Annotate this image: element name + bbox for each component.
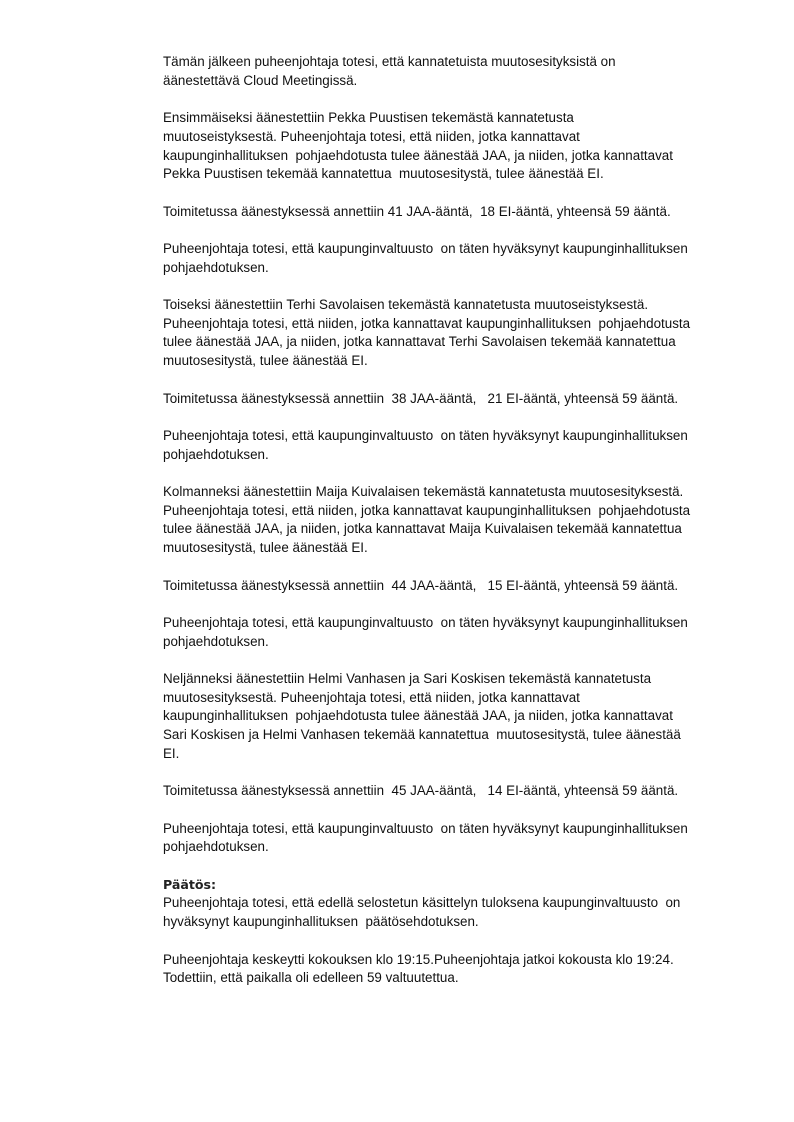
- text-line: Puheenjohtaja totesi, että kaupunginvalt…: [163, 614, 743, 633]
- paragraph-vote4-conclusion: Puheenjohtaja totesi, että kaupunginvalt…: [163, 820, 743, 857]
- text-line: Pekka Puustisen tekemää kannatettua muut…: [163, 165, 743, 184]
- text-line: äänestettävä Cloud Meetingissä.: [163, 72, 743, 91]
- text-line: Tämän jälkeen puheenjohtaja totesi, että…: [163, 53, 743, 72]
- text-line: pohjaehdotuksen.: [163, 259, 743, 278]
- decision-line: hyväksynyt kaupunginhallituksen päätöseh…: [163, 913, 743, 932]
- closing-paragraph: Puheenjohtaja keskeytti kokouksen klo 19…: [163, 951, 743, 988]
- text-line: Puheenjohtaja totesi, että kaupunginvalt…: [163, 427, 743, 446]
- text-line: muutosesitystä, tulee äänestää EI.: [163, 352, 743, 371]
- decision-section: Päätös: Puheenjohtaja totesi, että edell…: [163, 876, 743, 932]
- decision-heading: Päätös:: [163, 876, 743, 895]
- text-line: Toimitetussa äänestyksessä annettiin 44 …: [163, 577, 743, 596]
- paragraph-vote4-description: Neljänneksi äänestettiin Helmi Vanhasen …: [163, 670, 743, 764]
- text-line: EI.: [163, 745, 743, 764]
- text-line: kaupunginhallituksen pohjaehdotusta tule…: [163, 707, 743, 726]
- paragraph-vote1-result: Toimitetussa äänestyksessä annettiin 41 …: [163, 203, 743, 222]
- decision-line: Puheenjohtaja totesi, että edellä selost…: [163, 894, 743, 913]
- text-line: muutoseistyksestä. Puheenjohtaja totesi,…: [163, 128, 743, 147]
- paragraph-vote4-result: Toimitetussa äänestyksessä annettiin 45 …: [163, 782, 743, 801]
- text-line: Puheenjohtaja totesi, että kaupunginvalt…: [163, 820, 743, 839]
- paragraph-vote3-conclusion: Puheenjohtaja totesi, että kaupunginvalt…: [163, 614, 743, 651]
- paragraph-vote3-description: Kolmanneksi äänestettiin Maija Kuivalais…: [163, 483, 743, 558]
- text-line: Neljänneksi äänestettiin Helmi Vanhasen …: [163, 670, 743, 689]
- text-line: pohjaehdotuksen.: [163, 838, 743, 857]
- paragraph-vote2-description: Toiseksi äänestettiin Terhi Savolaisen t…: [163, 296, 743, 371]
- text-line: muutosesitystä, tulee äänestää EI.: [163, 539, 743, 558]
- text-line: tulee äänestää JAA, ja niiden, jotka kan…: [163, 520, 743, 539]
- text-line: Puheenjohtaja totesi, että niiden, jotka…: [163, 315, 743, 334]
- paragraph-vote3-result: Toimitetussa äänestyksessä annettiin 44 …: [163, 577, 743, 596]
- text-line: Toimitetussa äänestyksessä annettiin 41 …: [163, 203, 743, 222]
- paragraph-vote1-description: Ensimmäiseksi äänestettiin Pekka Puustis…: [163, 109, 743, 184]
- paragraph-vote2-result: Toimitetussa äänestyksessä annettiin 38 …: [163, 390, 743, 409]
- paragraph-vote1-conclusion: Puheenjohtaja totesi, että kaupunginvalt…: [163, 240, 743, 277]
- paragraph-vote2-conclusion: Puheenjohtaja totesi, että kaupunginvalt…: [163, 427, 743, 464]
- text-line: pohjaehdotuksen.: [163, 446, 743, 465]
- paragraph-intro: Tämän jälkeen puheenjohtaja totesi, että…: [163, 53, 743, 90]
- closing-line: Puheenjohtaja keskeytti kokouksen klo 19…: [163, 951, 743, 970]
- text-line: tulee äänestää JAA, ja niiden, jotka kan…: [163, 333, 743, 352]
- text-line: pohjaehdotuksen.: [163, 633, 743, 652]
- closing-line: Todettiin, että paikalla oli edelleen 59…: [163, 969, 743, 988]
- text-line: Puheenjohtaja totesi, että niiden, jotka…: [163, 502, 743, 521]
- text-line: Kolmanneksi äänestettiin Maija Kuivalais…: [163, 483, 743, 502]
- meeting-minutes-body: Tämän jälkeen puheenjohtaja totesi, että…: [163, 53, 743, 857]
- text-line: Puheenjohtaja totesi, että kaupunginvalt…: [163, 240, 743, 259]
- text-line: muutosesityksestä. Puheenjohtaja totesi,…: [163, 689, 743, 708]
- text-line: Ensimmäiseksi äänestettiin Pekka Puustis…: [163, 109, 743, 128]
- text-line: Toimitetussa äänestyksessä annettiin 38 …: [163, 390, 743, 409]
- text-line: Toiseksi äänestettiin Terhi Savolaisen t…: [163, 296, 743, 315]
- document-page: Tämän jälkeen puheenjohtaja totesi, että…: [163, 53, 743, 1007]
- text-line: Toimitetussa äänestyksessä annettiin 45 …: [163, 782, 743, 801]
- text-line: kaupunginhallituksen pohjaehdotusta tule…: [163, 147, 743, 166]
- text-line: Sari Koskisen ja Helmi Vanhasen tekemää …: [163, 726, 743, 745]
